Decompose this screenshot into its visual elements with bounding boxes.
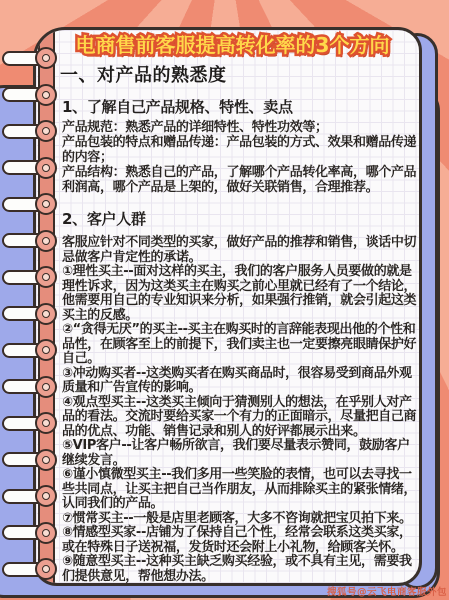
- section1-subheading: 1、了解自己产品规格、特性、卖点: [62, 96, 293, 117]
- ring-hole: [42, 346, 50, 354]
- buyer-type-item: ①理性买主--面对这样的买主，我们的客户服务人员要做的就是理性诉求，因为这类买主…: [62, 265, 420, 323]
- binder-ring: [2, 233, 54, 248]
- binder-ring: [2, 416, 54, 431]
- ring-grommet: [35, 47, 57, 69]
- ring-hole: [42, 565, 50, 573]
- ring-grommet: [35, 376, 57, 398]
- ring-grommet: [35, 558, 57, 580]
- ring-grommet: [35, 449, 57, 471]
- binder-ring: [2, 270, 54, 285]
- ring-grommet: [35, 193, 57, 215]
- ring-hole: [42, 383, 50, 391]
- page-title: 电商售前客服提高转化率的3个方向 电商售前客服提高转化率的3个方向: [50, 31, 415, 61]
- ring-grommet: [35, 485, 57, 507]
- ring-hole: [42, 529, 50, 537]
- ring-hole: [42, 273, 50, 281]
- binder-ring: [2, 343, 54, 358]
- buyer-type-item: ⑥谨小慎微型买主--我们多用一些笑脸的表情，也可以去寻找一些共同点，让买主把自己…: [62, 468, 420, 512]
- binder-ring: [2, 452, 54, 467]
- section2-intro: 客服应针对不同类型的买家，做好产品的推荐和销售，谈话中切忌做客户肯定性的承诺。: [62, 236, 420, 265]
- ring-grommet: [35, 339, 57, 361]
- ring-hole: [42, 54, 50, 62]
- ring-hole: [42, 419, 50, 427]
- section2-body: 客服应针对不同类型的买家，做好产品的推荐和销售，谈话中切忌做客户肯定性的承诺。 …: [62, 236, 420, 584]
- poster: 电商售前客服提高转化率的3个方向 电商售前客服提高转化率的3个方向 一、对产品的…: [0, 0, 449, 600]
- binder-ring: [2, 87, 54, 102]
- notebook-page: 电商售前客服提高转化率的3个方向 电商售前客服提高转化率的3个方向 一、对产品的…: [33, 27, 422, 586]
- buyer-type-item: ⑧情感型买家--店铺为了保持自己个性，经常会联系这类买家，或在特殊日子送祝福，发…: [62, 526, 420, 555]
- ring-grommet: [35, 120, 57, 142]
- binder-ring: [2, 306, 54, 321]
- section2-subheading: 2、客户人群: [62, 208, 146, 229]
- binder-ring: [2, 525, 54, 540]
- paragraph: 产品规范：熟悉产品的详细特性、特性功效等；: [62, 120, 420, 135]
- binder-ring: [2, 197, 54, 212]
- buyer-type-item: ④观点型买主--这类买主倾向于猜测别人的想法，在乎别人对产品的看法。交流时要给买…: [62, 396, 420, 440]
- ring-grommet: [35, 230, 57, 252]
- binder-ring: [2, 160, 54, 175]
- ring-hole: [42, 237, 50, 245]
- ring-hole: [42, 456, 50, 464]
- buyer-type-item: ⑨随意型买主--这种买主缺乏购买经验，或不具有主见，需要我们提供意见，帮他想办法…: [62, 555, 420, 584]
- ring-hole: [42, 200, 50, 208]
- section1-paragraphs: 产品规范：熟悉产品的详细特性、特性功效等； 产品包装的特点和赠品传递：产品包装的…: [62, 120, 420, 195]
- ring-hole: [42, 310, 50, 318]
- ring-grommet: [35, 266, 57, 288]
- paragraph: 产品包装的特点和赠品传递：产品包装的方式、效果和赠品传递的内容；: [62, 135, 420, 165]
- buyer-type-item: ⑤VIP客户--让客户畅所欲言，我们要尽量表示赞同，鼓励客户继续发言。: [62, 439, 420, 468]
- ring-grommet: [35, 84, 57, 106]
- ring-hole: [42, 492, 50, 500]
- binder-ring: [2, 51, 54, 66]
- paragraph: 产品结构：熟悉自己的产品，了解哪个产品转化率高，哪个产品利润高，哪个产品是上架的…: [62, 165, 420, 195]
- binder-ring: [2, 379, 54, 394]
- watermark: 搜狐号@云飞电商客服外包: [327, 584, 447, 598]
- ring-hole: [42, 164, 50, 172]
- page-title-text: 电商售前客服提高转化率的3个方向: [50, 31, 415, 59]
- ring-grommet: [35, 303, 57, 325]
- ring-hole: [42, 127, 50, 135]
- section1-heading: 一、对产品的熟悉度: [60, 61, 227, 87]
- ring-hole: [42, 91, 50, 99]
- binder-ring: [2, 562, 54, 577]
- ring-grommet: [35, 412, 57, 434]
- buyer-type-item: ②“贪得无厌”的买主--买主在购买时的言辞能表现出他的个性和品性，在顾客至上的前…: [62, 323, 420, 367]
- buyer-type-item: ⑦惯常买主--一般是店里老顾客，大多不咨询就把宝贝拍下来。: [62, 512, 420, 527]
- binder-ring: [2, 489, 54, 504]
- ring-grommet: [35, 157, 57, 179]
- buyer-type-item: ③冲动购买者--这类购买者在购买商品时，很容易受到商品外观质量和广告宣传的影响。: [62, 367, 420, 396]
- binder-ring: [2, 124, 54, 139]
- ring-grommet: [35, 522, 57, 544]
